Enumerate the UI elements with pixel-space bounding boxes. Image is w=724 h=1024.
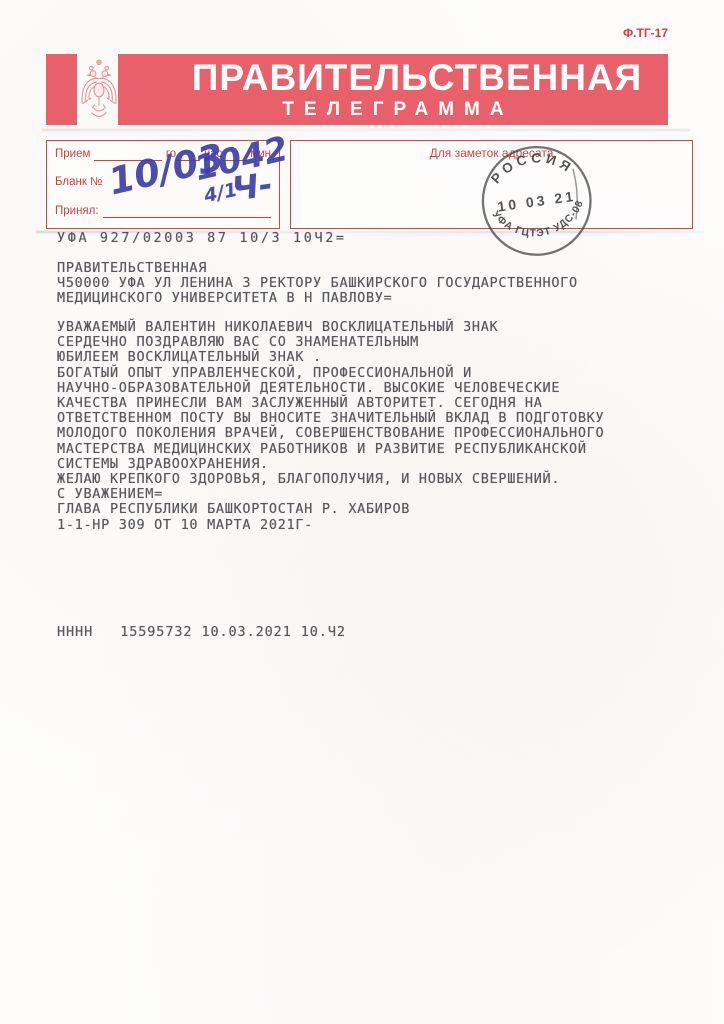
- form-code-label: Ф.ТГ-17: [623, 26, 668, 40]
- telegram-line: ПРАВИТЕЛЬСТВЕННАЯ: [57, 261, 578, 276]
- telegram-line: МАСТЕРСТВА МЕДИЦИНСКИХ РАБОТНИКОВ И РАЗВ…: [57, 442, 604, 457]
- scan-artifact-line: [42, 129, 690, 131]
- double-headed-eagle-icon: [79, 56, 119, 124]
- handwritten-signature: Ч-: [229, 164, 274, 208]
- telegram-line: 1-1-НР 309 ОТ 10 МАРТА 2021Г-: [57, 518, 604, 533]
- telegram-line: МОЛОДОГО ПОКОЛЕНИЯ ВРАЧЕЙ, СОВЕРШЕНСТВОВ…: [57, 426, 604, 441]
- header-red-bar: [46, 54, 77, 125]
- prinyal-label: Принял:: [55, 205, 99, 218]
- telegram-line: ЮБИЛЕЕМ ВОСКЛИЦАТЕЛЬНЫЙ ЗНАК .: [57, 350, 604, 365]
- prinyal-underline: [103, 206, 271, 218]
- telegram-service-line: УФА 927/02003 87 10/3 10Ч2=: [57, 231, 347, 246]
- telegram-body-block: УВАЖАЕМЫЙ ВАЛЕНТИН НИКОЛАЕВИЧ ВОСКЛИЦАТЕ…: [57, 320, 604, 533]
- banner: ПРАВИТЕЛЬСТВЕННАЯ ТЕЛЕГРАММА: [118, 54, 668, 125]
- blank-number-label: Бланк №: [55, 176, 102, 189]
- telegram-line: УВАЖАЕМЫЙ ВАЛЕНТИН НИКОЛАЕВИЧ ВОСКЛИЦАТЕ…: [57, 320, 604, 335]
- postal-stamp: РОССИЯ 10 03 21 УФА ГЦТЭТ УДС-08: [466, 135, 607, 271]
- telegram-line: Ч50000 УФА УЛ ЛЕНИНА 3 РЕКТОРУ БАШКИРСКО…: [57, 276, 578, 291]
- telegram-line: БОГАТЫЙ ОПЫТ УПРАВЛЕНЧЕСКОЙ, ПРОФЕССИОНА…: [57, 366, 604, 381]
- telegram-footer-line: НННН 15595732 10.03.2021 10.Ч2: [57, 625, 346, 640]
- telegram-line: СИСТЕМЫ ЗДРАВООХРАНЕНИЯ.: [57, 457, 604, 472]
- priem-label: Прием: [55, 148, 90, 161]
- telegram-line: ГЛАВА РЕСПУБЛИКИ БАШКОРТОСТАН Р. ХАБИРОВ: [57, 502, 604, 517]
- telegram-line: КАЧЕСТВА ПРИНЕСЛИ ВАМ ЗАСЛУЖЕННЫЙ АВТОРИ…: [57, 396, 604, 411]
- telegram-line: МЕДИЦИНСКОГО УНИВЕРСИТЕТА В Н ПАВЛОВУ=: [57, 291, 578, 306]
- banner-title: ПРАВИТЕЛЬСТВЕННАЯ: [192, 59, 643, 97]
- telegram-address-block: ПРАВИТЕЛЬСТВЕННАЯЧ50000 УФА УЛ ЛЕНИНА 3 …: [57, 261, 578, 307]
- telegram-line: С УВАЖЕНИЕМ=: [57, 487, 604, 502]
- stamp-date-text: 10 03 21: [496, 188, 577, 215]
- banner-subtitle: ТЕЛЕГРАММА: [272, 99, 513, 121]
- telegram-scan: Ф.ТГ-17 ПРАВИТ: [0, 0, 724, 1024]
- telegram-line: НАУЧНО-ОБРАЗОВАТЕЛЬНОЙ ДЕЯТЕЛЬНОСТИ. ВЫС…: [57, 381, 604, 396]
- telegram-line: ЖЕЛАЮ КРЕПКОГО ЗДОРОВЬЯ, БЛАГОПОЛУЧИЯ, И…: [57, 472, 604, 487]
- stamp-country-text: РОССИЯ: [485, 145, 578, 188]
